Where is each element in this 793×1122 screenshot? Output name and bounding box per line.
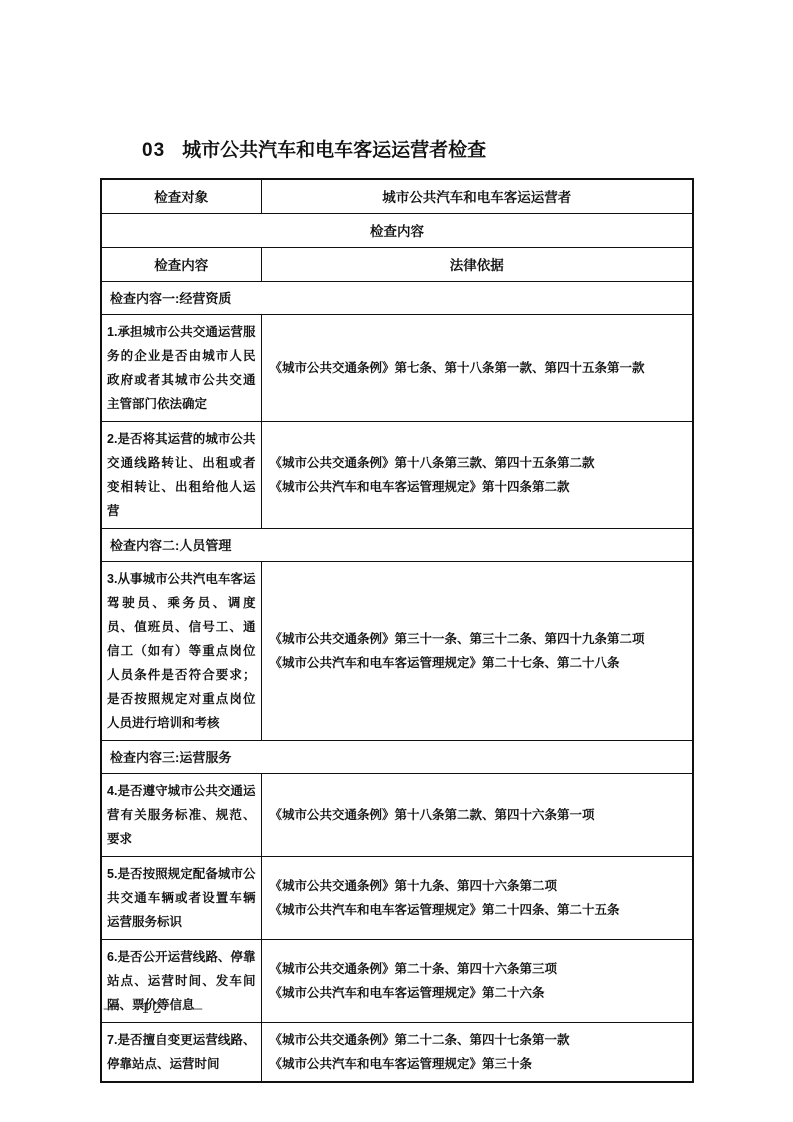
section-title: 检查内容二:人员管理 — [101, 528, 693, 561]
page-footer: —12— — [103, 1001, 203, 1017]
inspection-item-row: 4.是否遵守城市公共交通运营有关服务标准、规范、要求《城市公共交通条例》第十八条… — [101, 773, 693, 856]
legal-basis-line: 《城市公共交通条例》第三十一条、第三十二条、第四十九条第二项 — [270, 627, 685, 651]
legal-basis-cell: 《城市公共交通条例》第十八条第三款、第四十五条第二款《城市公共汽车和电车客运管理… — [261, 421, 693, 528]
footer-right-dash: — — [189, 1001, 203, 1017]
legal-basis-line: 《城市公共汽车和电车客运管理规定》第三十条 — [270, 1052, 685, 1076]
inspection-item-content: 1.承担城市公共交通运营服务的企业是否由城市人民政府或者其城市公共交通主管部门依… — [101, 314, 261, 421]
page-title: 03城市公共汽车和电车客运运营者检查 — [142, 135, 486, 162]
footer-page-number: 12 — [141, 1001, 165, 1017]
header-content-merged-label: 检查内容 — [101, 213, 693, 247]
section-header-row: 检查内容三:运营服务 — [101, 740, 693, 773]
legal-basis-line: 《城市公共交通条例》第十九条、第四十六条第二项 — [270, 874, 685, 898]
page-title-text: 城市公共汽车和电车客运运营者检查 — [182, 140, 486, 161]
header-content-column-label: 检查内容 — [101, 247, 261, 281]
inspection-item-row: 1.承担城市公共交通运营服务的企业是否由城市人民政府或者其城市公共交通主管部门依… — [101, 314, 693, 421]
legal-basis-line: 《城市公共交通条例》第二十条、第四十六条第三项 — [270, 957, 685, 981]
header-row-content-merged: 检查内容 — [101, 213, 693, 247]
inspection-item-content: 7.是否擅自变更运营线路、停靠站点、运营时间 — [101, 1022, 261, 1082]
legal-basis-line: 《城市公共交通条例》第十八条第二款、第四十六条第一项 — [270, 803, 685, 827]
header-row-columns: 检查内容 法律依据 — [101, 247, 693, 281]
footer-left-dash: — — [103, 1001, 117, 1017]
table-header-rows: 检查对象 城市公共汽车和电车客运运营者 检查内容 检查内容 法律依据 — [101, 179, 693, 281]
inspection-item-content: 2.是否将其运营的城市公共交通线路转让、出租或者变相转让、出租给他人运营 — [101, 421, 261, 528]
inspection-item-row: 3.从事城市公共汽电车客运驾驶员、乘务员、调度员、值班员、信号工、通信工（如有）… — [101, 561, 693, 740]
inspection-item-row: 5.是否按照规定配备城市公共交通车辆或者设置车辆运营服务标识《城市公共交通条例》… — [101, 856, 693, 939]
legal-basis-cell: 《城市公共交通条例》第十八条第二款、第四十六条第一项 — [261, 773, 693, 856]
section-title: 检查内容一:经营资质 — [101, 281, 693, 314]
legal-basis-line: 《城市公共交通条例》第七条、第十八条第一款、第四十五条第一款 — [270, 356, 685, 380]
legal-basis-cell: 《城市公共交通条例》第二十条、第四十六条第三项《城市公共汽车和电车客运管理规定》… — [261, 939, 693, 1022]
section-header-row: 检查内容一:经营资质 — [101, 281, 693, 314]
inspection-item-row: 2.是否将其运营的城市公共交通线路转让、出租或者变相转让、出租给他人运营《城市公… — [101, 421, 693, 528]
legal-basis-cell: 《城市公共交通条例》第七条、第十八条第一款、第四十五条第一款 — [261, 314, 693, 421]
inspection-item-row: 7.是否擅自变更运营线路、停靠站点、运营时间《城市公共交通条例》第二十二条、第四… — [101, 1022, 693, 1082]
inspection-item-content: 5.是否按照规定配备城市公共交通车辆或者设置车辆运营服务标识 — [101, 856, 261, 939]
inspection-item-content: 4.是否遵守城市公共交通运营有关服务标准、规范、要求 — [101, 773, 261, 856]
legal-basis-line: 《城市公共交通条例》第十八条第三款、第四十五条第二款 — [270, 451, 685, 475]
table-body: 检查内容一:经营资质1.承担城市公共交通运营服务的企业是否由城市人民政府或者其城… — [101, 281, 693, 1082]
inspection-item-content: 3.从事城市公共汽电车客运驾驶员、乘务员、调度员、值班员、信号工、通信工（如有）… — [101, 561, 261, 740]
header-subject-value: 城市公共汽车和电车客运运营者 — [261, 179, 693, 213]
section-header-row: 检查内容二:人员管理 — [101, 528, 693, 561]
page-title-number: 03 — [142, 140, 165, 161]
legal-basis-cell: 《城市公共交通条例》第十九条、第四十六条第二项《城市公共汽车和电车客运管理规定》… — [261, 856, 693, 939]
header-legal-column-label: 法律依据 — [261, 247, 693, 281]
inspection-table: 检查对象 城市公共汽车和电车客运运营者 检查内容 检查内容 法律依据 检查内容一… — [100, 178, 694, 1083]
legal-basis-line: 《城市公共汽车和电车客运管理规定》第二十六条 — [270, 981, 685, 1005]
header-subject-label: 检查对象 — [101, 179, 261, 213]
legal-basis-line: 《城市公共汽车和电车客运管理规定》第二十四条、第二十五条 — [270, 898, 685, 922]
legal-basis-line: 《城市公共汽车和电车客运管理规定》第十四条第二款 — [270, 475, 685, 499]
legal-basis-cell: 《城市公共交通条例》第三十一条、第三十二条、第四十九条第二项《城市公共汽车和电车… — [261, 561, 693, 740]
legal-basis-line: 《城市公共汽车和电车客运管理规定》第二十七条、第二十八条 — [270, 651, 685, 675]
section-title: 检查内容三:运营服务 — [101, 740, 693, 773]
legal-basis-cell: 《城市公共交通条例》第二十二条、第四十七条第一款《城市公共汽车和电车客运管理规定… — [261, 1022, 693, 1082]
header-row-subject: 检查对象 城市公共汽车和电车客运运营者 — [101, 179, 693, 213]
legal-basis-line: 《城市公共交通条例》第二十二条、第四十七条第一款 — [270, 1028, 685, 1052]
